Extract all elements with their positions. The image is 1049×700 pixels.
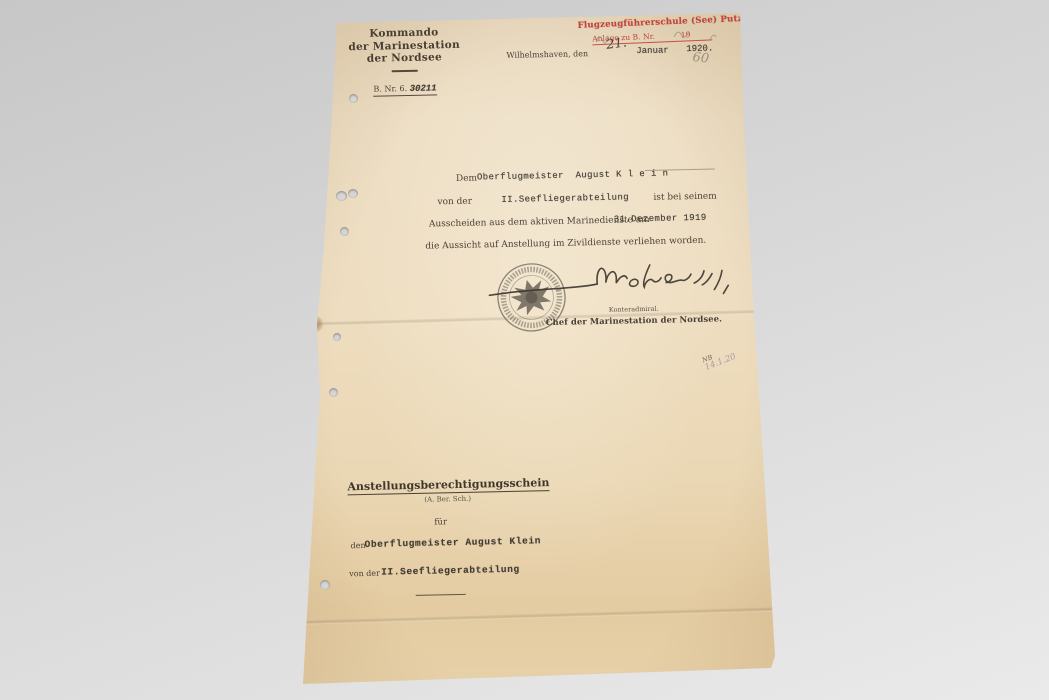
- certificate-preprinted-von-der: von der: [349, 569, 380, 579]
- certificate-heading: Anstellungsberechtigungsschein: [347, 476, 547, 493]
- reference-number: 30211: [410, 83, 437, 94]
- certificate-typed-unit: II.Seefliegerabteilung: [381, 564, 520, 578]
- certificate-heading-text: Anstellungsberechtigungsschein: [347, 476, 549, 495]
- body-preprinted-ist-bei-seinem: ist bei seinem: [653, 192, 716, 203]
- red-unit-stamp: Flugzeugführerschule (See) Putzig Anlage…: [577, 15, 726, 46]
- reference-label: B. Nr. 6.: [373, 83, 407, 93]
- letterhead-line: der Marinestation: [348, 38, 460, 53]
- letterhead-line: der Nordsee: [348, 51, 460, 66]
- pencil-margin-note: NB 14.1.20: [701, 345, 737, 372]
- certificate-typed-name: Oberflugmeister August Klein: [364, 535, 541, 550]
- certificate-preprinted-den: den: [351, 541, 366, 550]
- body-typed-name: Oberflugmeister August K l e i n: [477, 169, 669, 183]
- body-preprinted-aussicht: die Aussicht auf Anstellung im Zivildien…: [425, 236, 706, 252]
- document-photograph: Kommando der Marinestation der Nordsee B…: [0, 0, 1049, 700]
- letterhead-divider: [392, 69, 418, 72]
- reference-number-line: B. Nr. 6. 30211: [373, 83, 436, 96]
- place-date-label: Wilhelmshaven, den: [506, 49, 588, 60]
- typed-month: Januar: [636, 45, 669, 56]
- body-typed-unit: II.Seefliegerabteilung: [501, 192, 629, 205]
- pencil-number-note: 60: [692, 50, 710, 67]
- certificate-abbreviation: (A. Ber. Sch.): [348, 493, 548, 505]
- body-typed-date: 31.Dezember 1919: [614, 213, 707, 225]
- certificate-rule-line: [416, 594, 466, 596]
- handwritten-day: 21.: [605, 35, 627, 52]
- certificate-for-word: für: [348, 515, 533, 529]
- body-preprinted-von-der: von der: [437, 197, 472, 208]
- document-content: Kommando der Marinestation der Nordsee B…: [297, 0, 793, 691]
- document-paper-sheet: Kommando der Marinestation der Nordsee B…: [298, 8, 780, 690]
- body-preprinted-dem: Dem: [456, 174, 477, 184]
- fill-line: [645, 169, 715, 171]
- letterhead: Kommando der Marinestation der Nordsee B…: [348, 26, 461, 97]
